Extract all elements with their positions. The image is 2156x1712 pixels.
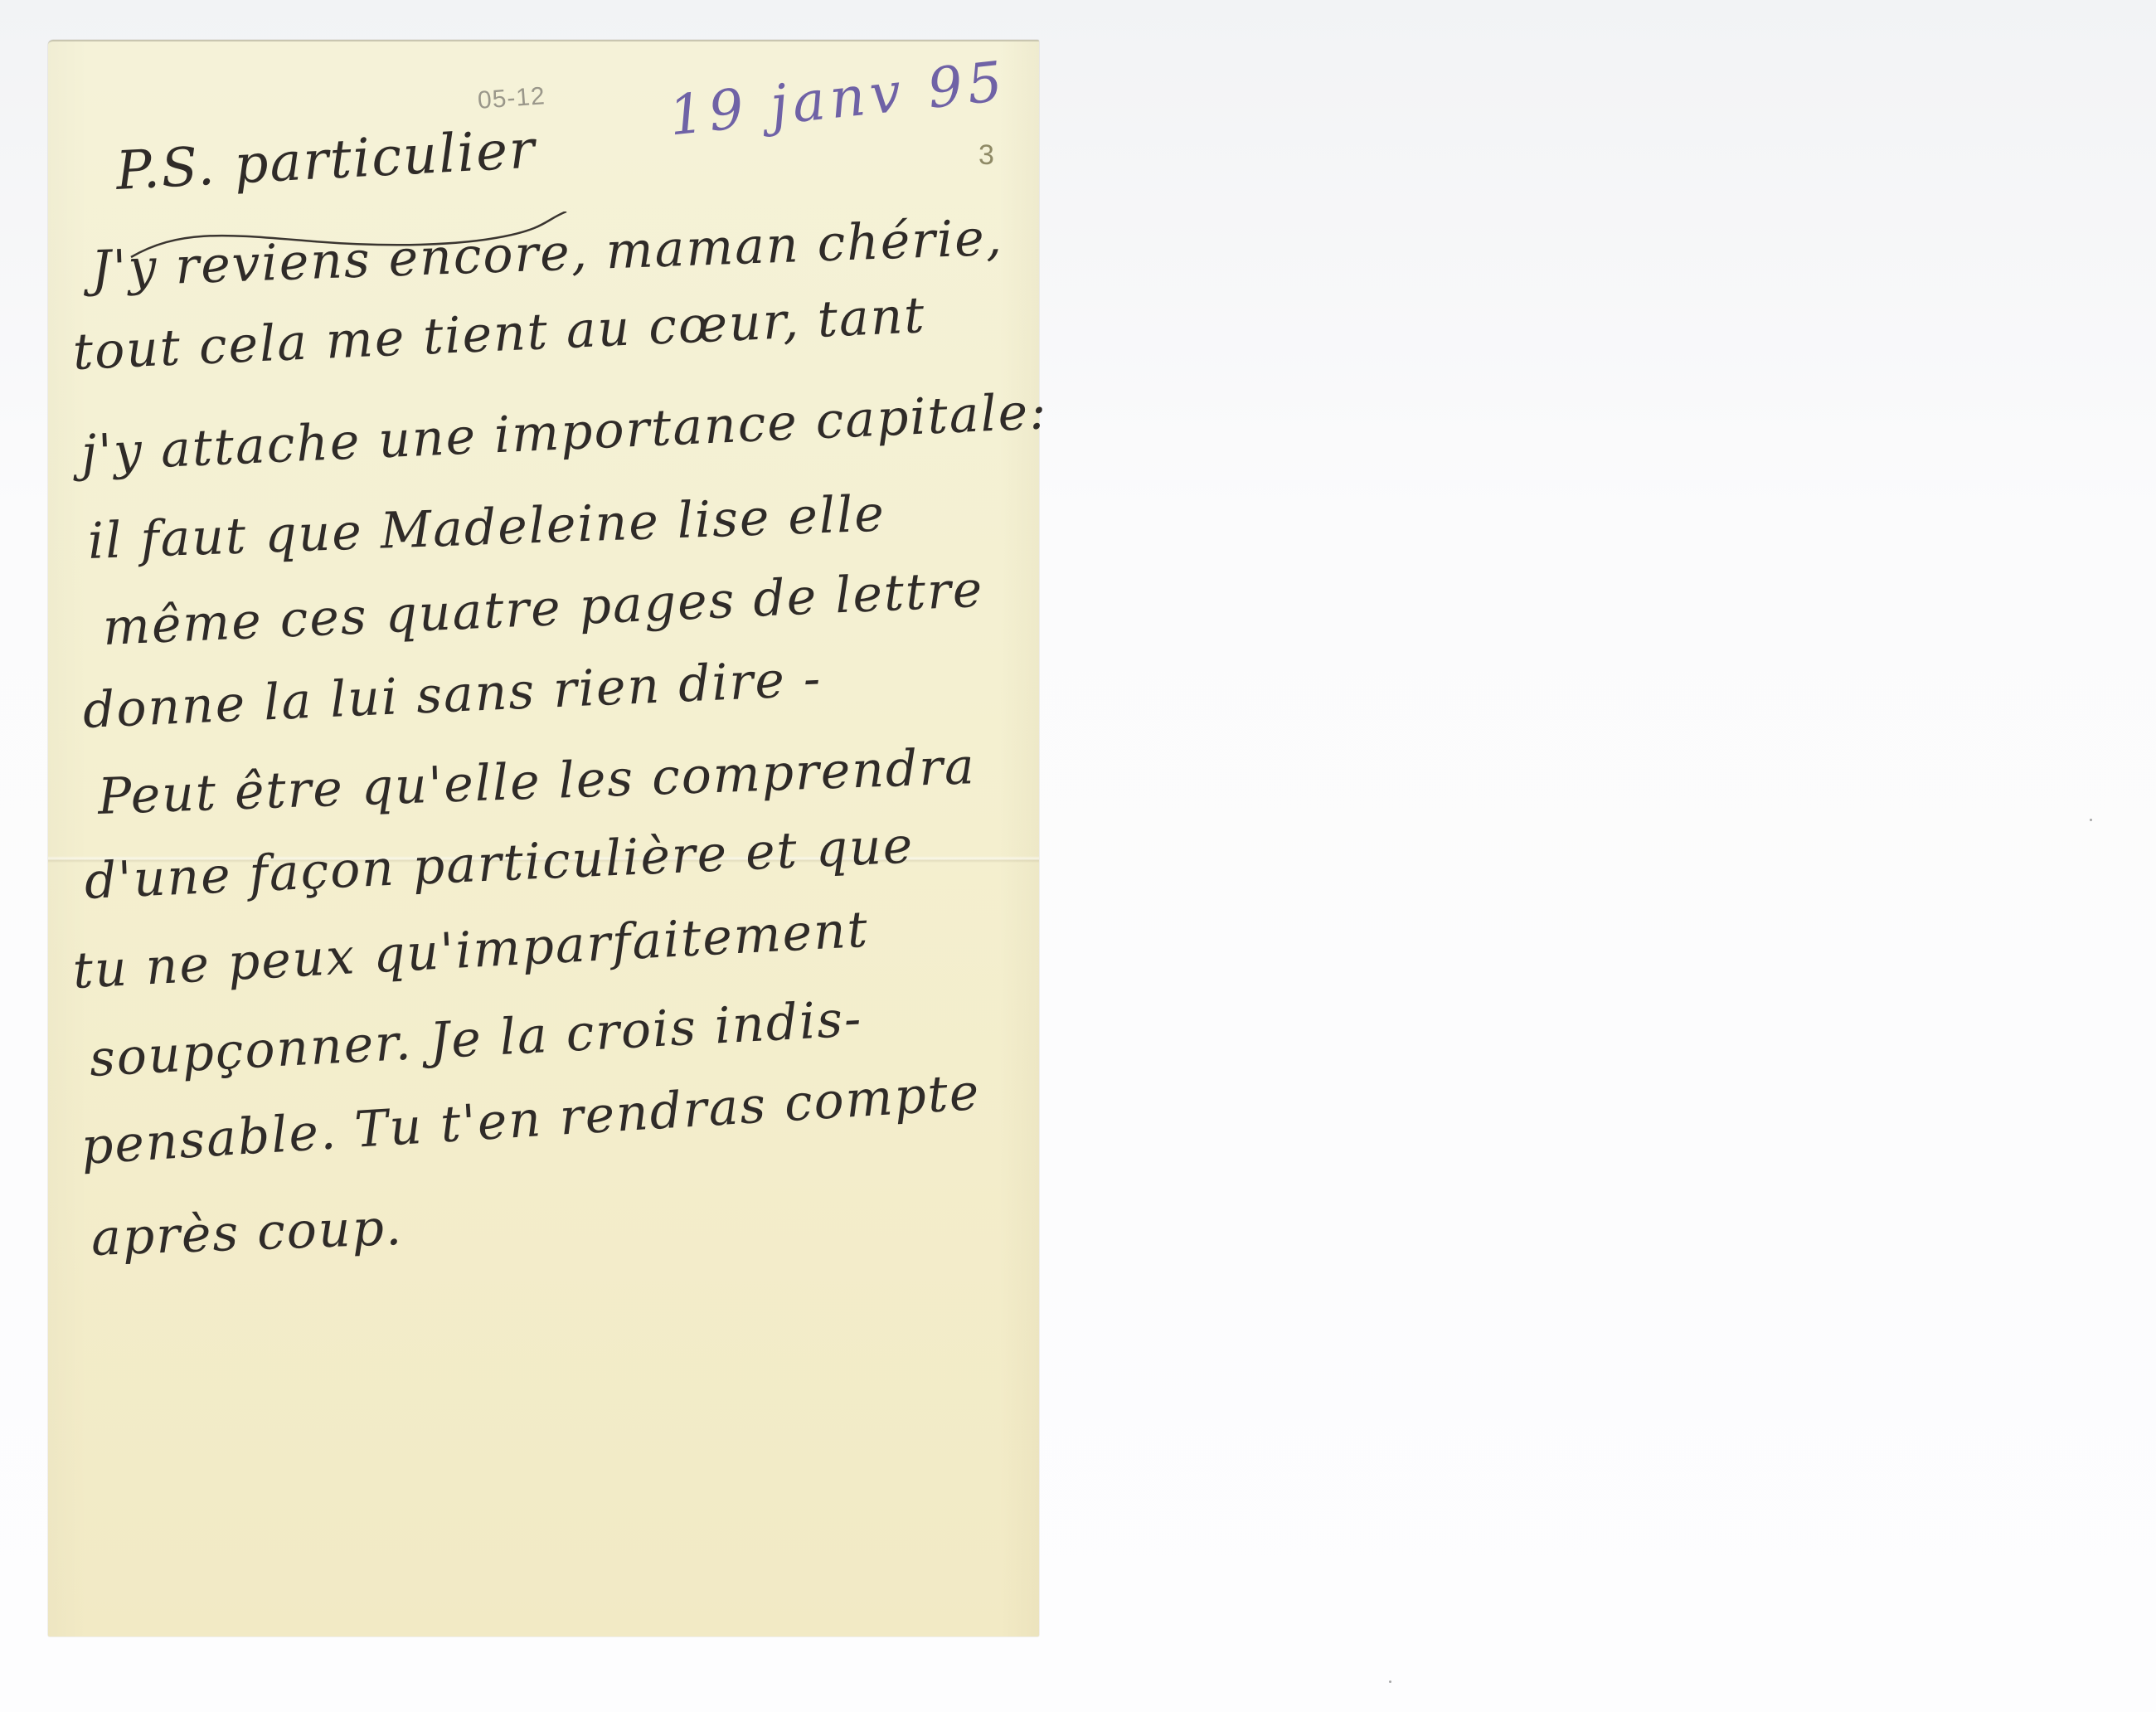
letter-line-10: soupçonner. Je la crois indis- [88,990,864,1088]
letter-line-4: il faut que Madeleine lise elle [87,484,886,571]
letter-line-12: après coup. [90,1199,404,1267]
page-number: 3 [978,139,994,172]
letter-line-2: tout cela me tient au cœur, tant [71,286,926,382]
letter-page: 05-12 19 janv 95 3 P.S. particulier J'y … [48,40,1039,1637]
dust-speck [2090,819,2092,821]
letter-line-7: Peut être qu'elle les comprendra [97,737,977,826]
letter-line-6: donne la lui sans rien dire - [81,649,823,740]
dust-speck [1389,1680,1391,1683]
letter-line-9: tu ne peux qu'imparfaitement [71,901,870,1000]
archive-code: 05-12 [477,82,546,115]
letter-line-3: j'y attache une importance capitale: [80,382,1048,483]
letter-line-8: d'une façon particulière et que [83,816,915,911]
date-annotation: 19 janv 95 [666,49,1010,148]
letter-line-5: même ces quatre pages de lettre [101,561,984,657]
letter-heading: P.S. particulier [114,119,537,202]
